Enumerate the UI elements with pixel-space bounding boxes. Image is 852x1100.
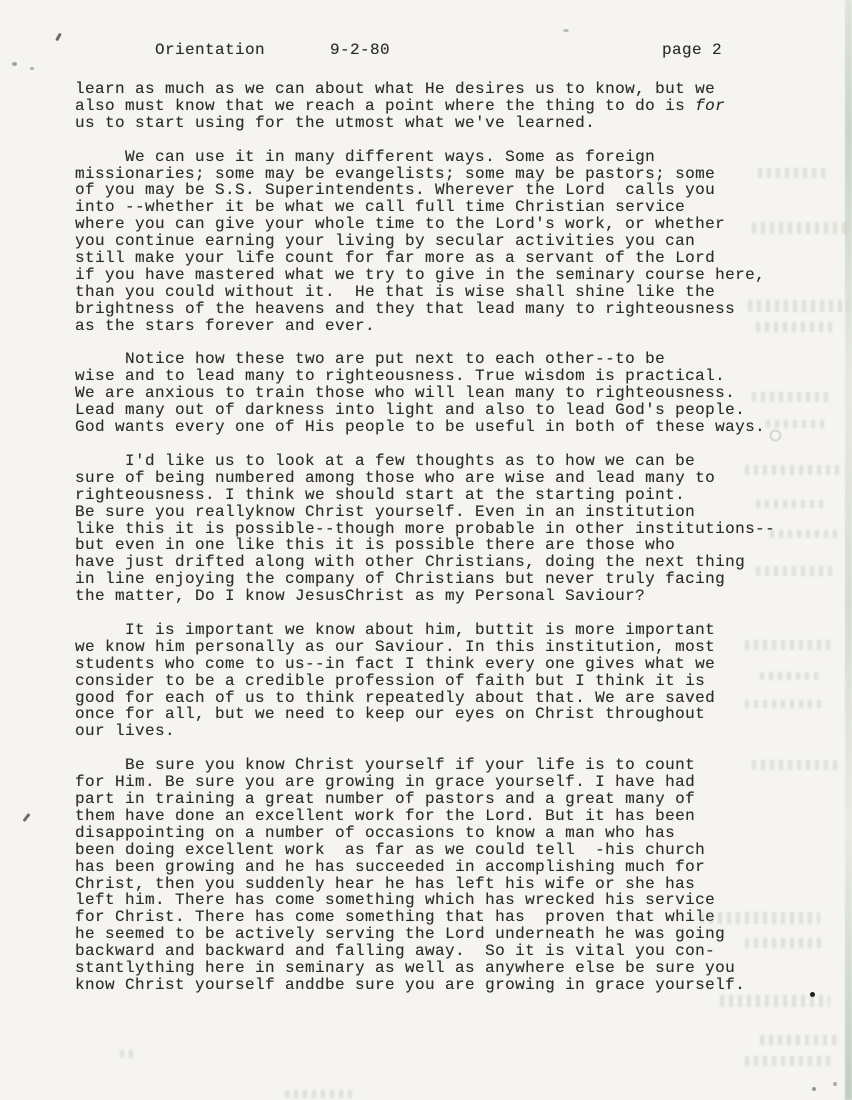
scan-smudge <box>745 640 835 650</box>
scan-smudge <box>752 760 837 770</box>
paragraph-3: Notice how these two are put next to eac… <box>75 351 775 436</box>
scan-smudge <box>760 1035 840 1045</box>
scan-smudge <box>748 300 848 312</box>
document-date: 9-2-80 <box>330 42 390 59</box>
italic-word: for <box>695 97 725 115</box>
scan-speck <box>30 67 34 70</box>
scan-stray-mark <box>55 33 62 41</box>
scan-smudge <box>756 566 836 576</box>
paragraph-6: Be sure you know Christ yourself if your… <box>75 757 775 994</box>
scan-smudge <box>720 995 830 1007</box>
paragraph-4: I'd like us to look at a few thoughts as… <box>75 453 775 605</box>
document-body: learn as much as we can about what He de… <box>75 81 775 994</box>
paragraph-1: learn as much as we can about what He de… <box>75 81 775 132</box>
scan-smudge <box>745 700 825 708</box>
scan-smudge <box>756 322 836 332</box>
scan-smudge <box>770 530 840 538</box>
scan-smudge <box>756 500 826 508</box>
scan-speck <box>12 62 17 66</box>
scan-speck <box>833 1082 837 1086</box>
document-title: Orientation <box>155 42 265 59</box>
scan-speck <box>812 1087 816 1091</box>
scan-stray-mark <box>23 813 31 822</box>
scan-smudge <box>745 465 840 475</box>
scan-smudge <box>700 912 820 924</box>
document-page: Orientation 9-2-80 page 2 learn as much … <box>0 0 852 1100</box>
paragraph-2: We can use it in many different ways. So… <box>75 149 775 335</box>
scan-speck <box>810 992 815 997</box>
paragraph-5: It is important we know about him, butti… <box>75 622 775 740</box>
scan-smudge <box>752 222 847 234</box>
scan-smudge <box>285 1090 355 1098</box>
page-number: page 2 <box>662 42 722 59</box>
scan-smudge <box>766 420 826 428</box>
scan-speck <box>563 29 569 32</box>
scan-smudge <box>758 168 828 178</box>
scan-smudge <box>745 938 825 948</box>
scan-edge-tint <box>845 0 852 1100</box>
scan-ring-mark <box>770 430 781 441</box>
scan-smudge <box>760 672 820 680</box>
scan-smudge <box>120 1050 134 1058</box>
scan-smudge <box>752 392 830 402</box>
scan-smudge <box>745 1056 835 1066</box>
